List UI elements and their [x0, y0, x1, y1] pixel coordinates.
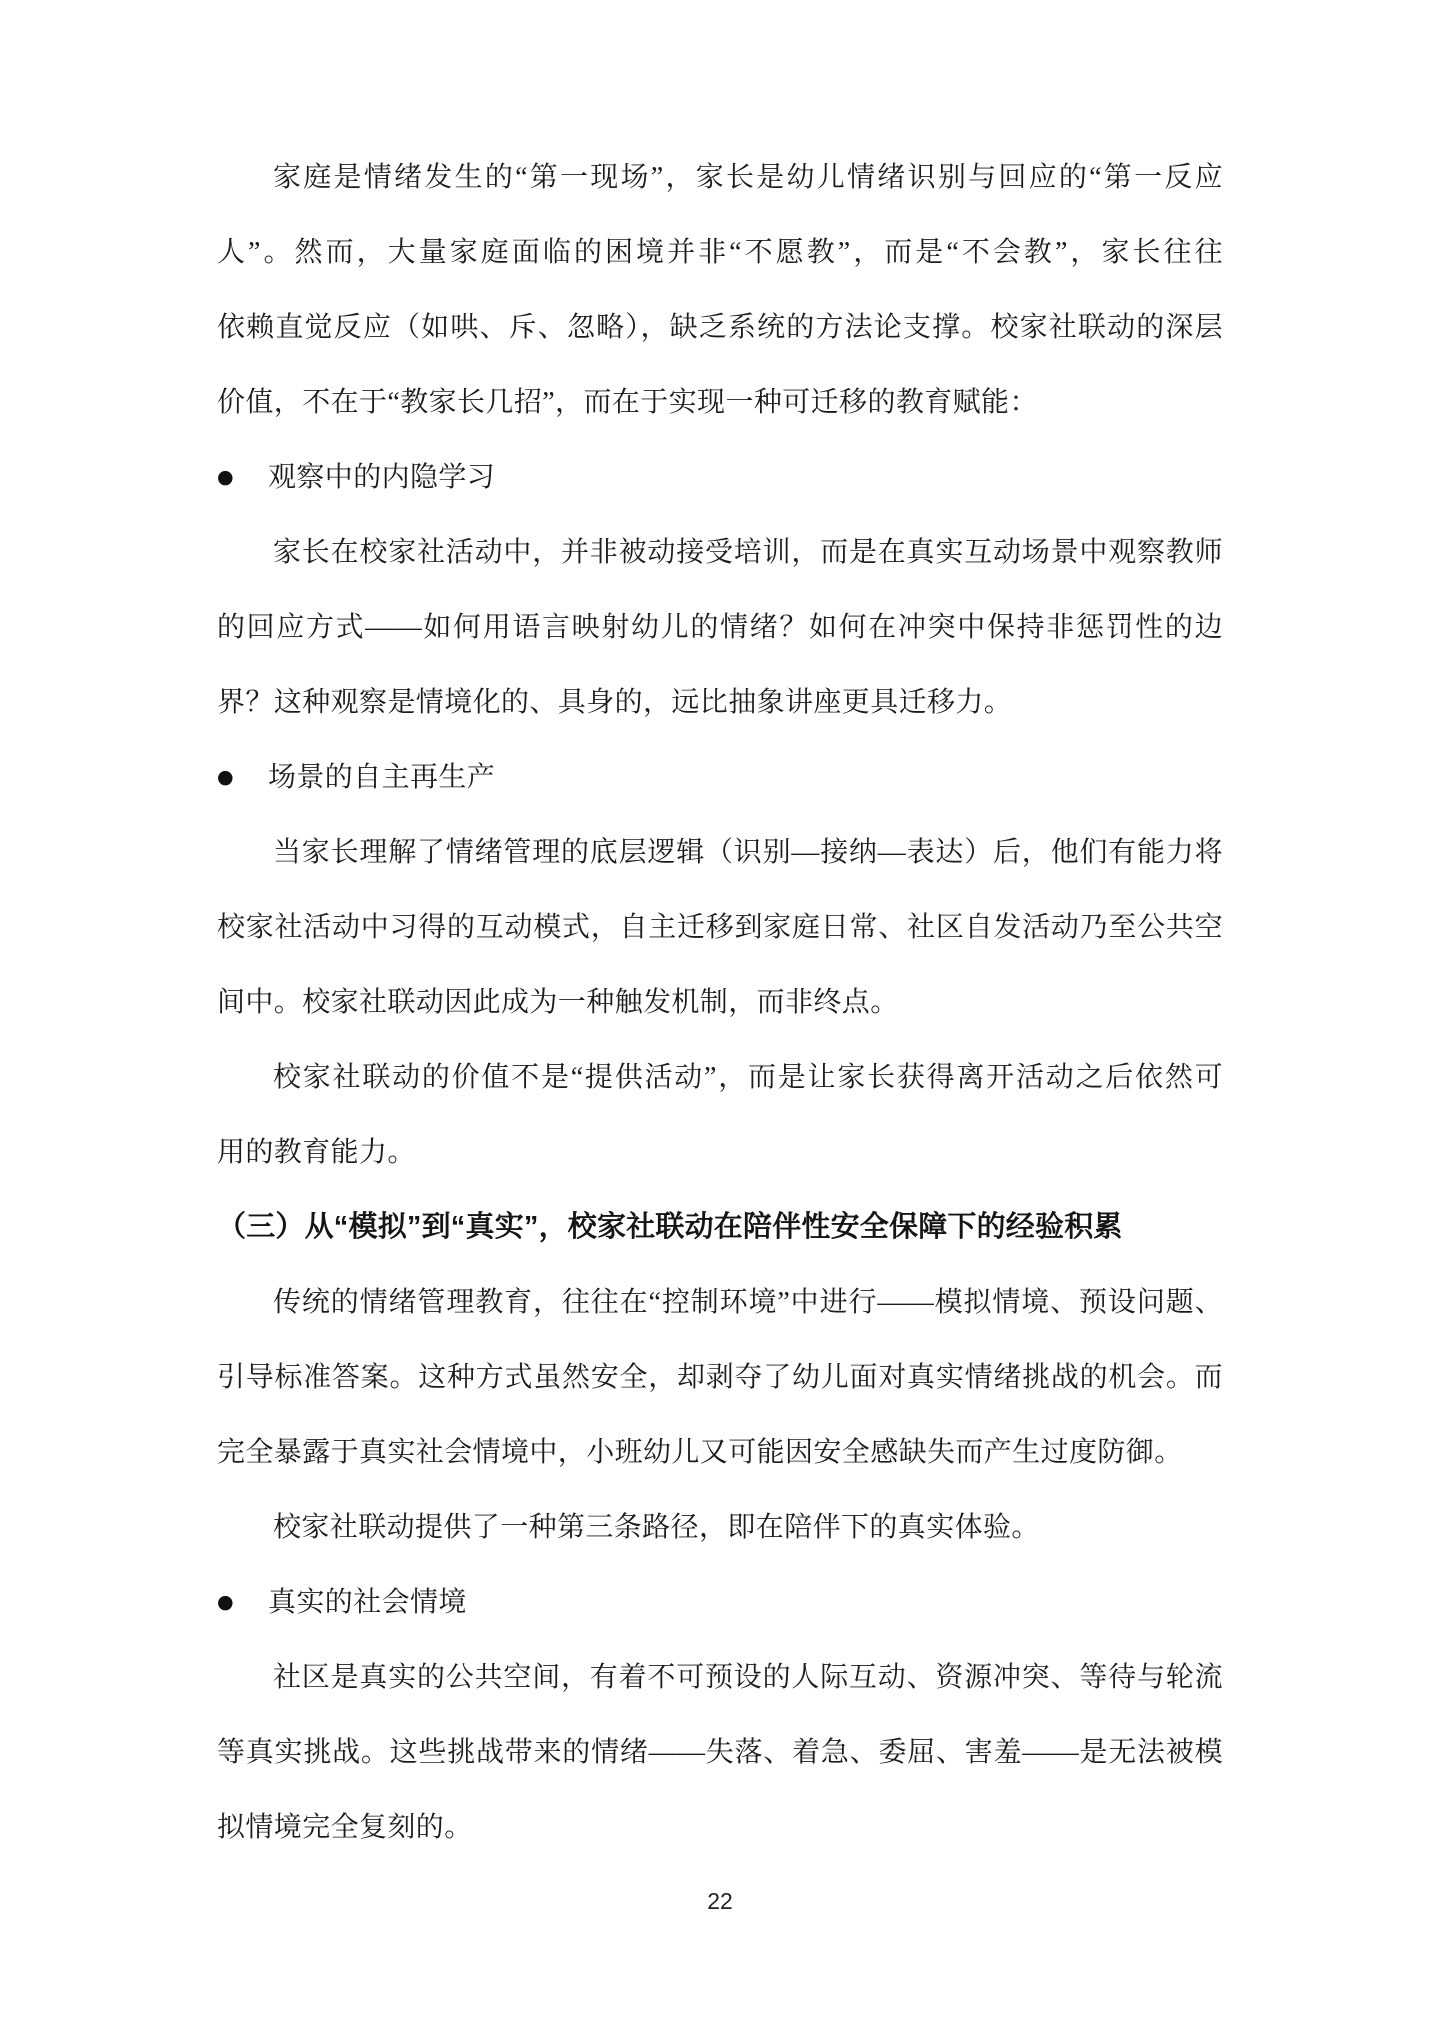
paragraph: 家庭是情绪发生的“第一现场”，家长是幼儿情绪识别与回应的“第一反应 人”。然而，… — [217, 140, 1223, 440]
bullet-label: 观察中的内隐学习 — [268, 440, 495, 515]
bullet-list-item: ● 场景的自主再生产 — [217, 740, 1223, 815]
text-line: 家长在校家社活动中，并非被动接受培训，而是在真实互动场景中观察教师 — [217, 515, 1223, 590]
bullet-list-item: ● 真实的社会情境 — [217, 1565, 1223, 1640]
text-line: 家庭是情绪发生的“第一现场”，家长是幼儿情绪识别与回应的“第一反应 — [217, 140, 1223, 215]
text-line: 拟情境完全复刻的。 — [217, 1790, 1223, 1865]
text-line: 间中。校家社联动因此成为一种触发机制，而非终点。 — [217, 965, 1223, 1040]
bullet-icon: ● — [217, 1565, 268, 1640]
bullet-label: 真实的社会情境 — [268, 1565, 467, 1640]
paragraph: 传统的情绪管理教育，往往在“控制环境”中进行——模拟情境、预设问题、 引导标准答… — [217, 1265, 1223, 1490]
document-page: 家庭是情绪发生的“第一现场”，家长是幼儿情绪识别与回应的“第一反应 人”。然而，… — [0, 0, 1440, 2036]
bullet-icon: ● — [217, 440, 268, 515]
bullet-label: 场景的自主再生产 — [268, 740, 495, 815]
text-line: 界？这种观察是情境化的、具身的，远比抽象讲座更具迁移力。 — [217, 665, 1223, 740]
text-line: 价值，不在于“教家长几招”，而在于实现一种可迁移的教育赋能： — [217, 365, 1223, 440]
text-line: 传统的情绪管理教育，往往在“控制环境”中进行——模拟情境、预设问题、 — [217, 1265, 1223, 1340]
paragraph: 校家社联动的价值不是“提供活动”，而是让家长获得离开活动之后依然可 用的教育能力… — [217, 1040, 1223, 1190]
text-line: 引导标准答案。这种方式虽然安全，却剥夺了幼儿面对真实情绪挑战的机会。而 — [217, 1340, 1223, 1415]
text-line: 的回应方式——如何用语言映射幼儿的情绪？如何在冲突中保持非惩罚性的边 — [217, 590, 1223, 665]
text-line: 人”。然而，大量家庭面临的困境并非“不愿教”，而是“不会教”，家长往往 — [217, 215, 1223, 290]
page-number: 22 — [217, 1887, 1223, 1915]
text-line: 完全暴露于真实社会情境中，小班幼儿又可能因安全感缺失而产生过度防御。 — [217, 1415, 1223, 1490]
text-line: 社区是真实的公共空间，有着不可预设的人际互动、资源冲突、等待与轮流 — [217, 1640, 1223, 1715]
text-line: 等真实挑战。这些挑战带来的情绪——失落、着急、委屈、害羞——是无法被模 — [217, 1715, 1223, 1790]
paragraph: 社区是真实的公共空间，有着不可预设的人际互动、资源冲突、等待与轮流 等真实挑战。… — [217, 1640, 1223, 1865]
paragraph: 校家社联动提供了一种第三条路径，即在陪伴下的真实体验。 — [217, 1490, 1223, 1565]
text-line: 校家社联动的价值不是“提供活动”，而是让家长获得离开活动之后依然可 — [217, 1040, 1223, 1115]
text-line: 当家长理解了情绪管理的底层逻辑（识别—接纳—表达）后，他们有能力将 — [217, 815, 1223, 890]
text-line: 校家社联动提供了一种第三条路径，即在陪伴下的真实体验。 — [217, 1490, 1223, 1565]
paragraph: 当家长理解了情绪管理的底层逻辑（识别—接纳—表达）后，他们有能力将 校家社活动中… — [217, 815, 1223, 1040]
text-line: 校家社活动中习得的互动模式，自主迁移到家庭日常、社区自发活动乃至公共空 — [217, 890, 1223, 965]
bullet-icon: ● — [217, 740, 268, 815]
section-heading: （三）从“模拟”到“真实”，校家社联动在陪伴性安全保障下的经验积累 — [217, 1190, 1223, 1265]
document-body: 家庭是情绪发生的“第一现场”，家长是幼儿情绪识别与回应的“第一反应 人”。然而，… — [217, 140, 1223, 1915]
paragraph: 家长在校家社活动中，并非被动接受培训，而是在真实互动场景中观察教师 的回应方式—… — [217, 515, 1223, 740]
bullet-list-item: ● 观察中的内隐学习 — [217, 440, 1223, 515]
text-line: 依赖直觉反应（如哄、斥、忽略），缺乏系统的方法论支撑。校家社联动的深层 — [217, 290, 1223, 365]
text-line: 用的教育能力。 — [217, 1115, 1223, 1190]
